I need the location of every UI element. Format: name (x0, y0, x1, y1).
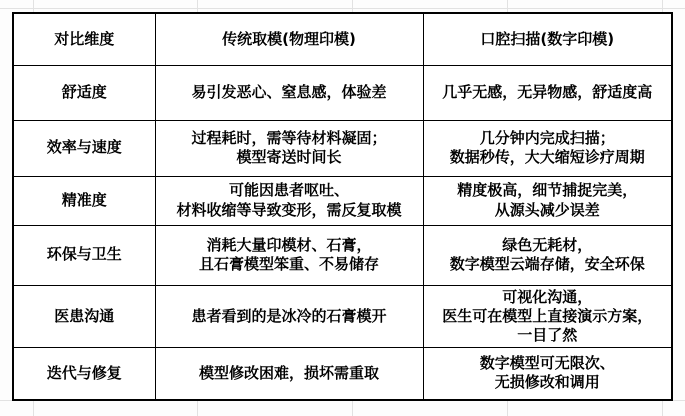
sheet-gridline-horizontal (0, 8, 685, 9)
cell-digital: 绿色无耗材， 数字模型云端存储，安全环保 (423, 225, 672, 285)
header-cell-traditional: 传统取模(物理印模) (155, 13, 423, 65)
table-header-row: 对比维度 传统取模(物理印模) 口腔扫描(数字印模) (13, 13, 672, 65)
cell-digital: 几乎无感，无异物感，舒适度高 (423, 65, 672, 120)
row-label-comfort: 舒适度 (13, 65, 155, 120)
table-row: 迭代与修复 模型修改困难，损坏需重取 数字模型可无限次、 无损修改和调用 (13, 348, 672, 400)
cell-digital: 可视化沟通， 医生可在模型上直接演示方案， 一目了然 (423, 285, 672, 348)
table-row: 精准度 可能因患者呕吐、 材料收缩等导致变形，需反复取模 精度极高，细节捕捉完美… (13, 176, 672, 225)
row-label-iteration: 迭代与修复 (13, 348, 155, 400)
cell-digital: 数字模型可无限次、 无损修改和调用 (423, 348, 672, 400)
row-label-efficiency: 效率与速度 (13, 120, 155, 176)
header-cell-digital: 口腔扫描(数字印模) (423, 13, 672, 65)
cell-traditional: 患者看到的是冰冷的石膏模开 (155, 285, 423, 348)
cell-traditional: 过程耗时，需等待材料凝固； 模型寄送时间长 (155, 120, 423, 176)
header-cell-dimension: 对比维度 (13, 13, 155, 65)
spreadsheet-canvas: 对比维度 传统取模(物理印模) 口腔扫描(数字印模) 舒适度 易引发恶心、窒息感… (0, 0, 685, 416)
cell-traditional: 易引发恶心、窒息感，体验差 (155, 65, 423, 120)
row-label-eco-hygiene: 环保与卫生 (13, 225, 155, 285)
cell-traditional: 可能因患者呕吐、 材料收缩等导致变形，需反复取模 (155, 176, 423, 225)
table-row: 医患沟通 患者看到的是冰冷的石膏模开 可视化沟通， 医生可在模型上直接演示方案，… (13, 285, 672, 348)
row-label-communication: 医患沟通 (13, 285, 155, 348)
cell-traditional: 模型修改困难，损坏需重取 (155, 348, 423, 400)
row-label-accuracy: 精准度 (13, 176, 155, 225)
table-row: 环保与卫生 消耗大量印模材、石膏， 且石膏模型笨重、不易储存 绿色无耗材， 数字… (13, 225, 672, 285)
comparison-table: 对比维度 传统取模(物理印模) 口腔扫描(数字印模) 舒适度 易引发恶心、窒息感… (12, 12, 673, 401)
cell-digital: 精度极高，细节捕捉完美， 从源头减少误差 (423, 176, 672, 225)
cell-traditional: 消耗大量印模材、石膏， 且石膏模型笨重、不易储存 (155, 225, 423, 285)
table-row: 舒适度 易引发恶心、窒息感，体验差 几乎无感，无异物感，舒适度高 (13, 65, 672, 120)
cell-digital: 几分钟内完成扫描； 数据秒传，大大缩短诊疗周期 (423, 120, 672, 176)
table-row: 效率与速度 过程耗时，需等待材料凝固； 模型寄送时间长 几分钟内完成扫描； 数据… (13, 120, 672, 176)
